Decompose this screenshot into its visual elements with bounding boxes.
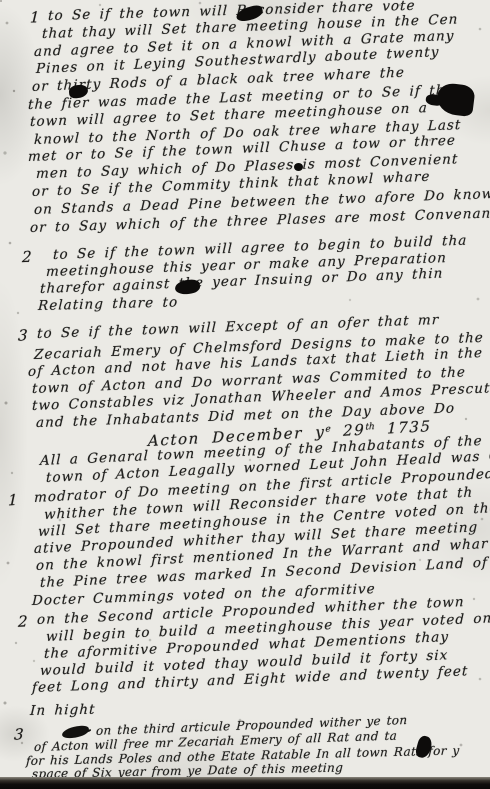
- article-number: 3: [14, 727, 24, 742]
- manuscript-page: 1to Se if the town will Reconsider thare…: [0, 0, 490, 789]
- date-superscript: th: [365, 422, 375, 433]
- article-number: 2: [18, 614, 29, 629]
- article-number: 2: [22, 250, 33, 265]
- article-number: 3: [18, 328, 29, 343]
- scribble-strikeout: [62, 724, 90, 739]
- article-number: 1: [8, 493, 19, 509]
- manuscript-line: Relating thare to: [38, 296, 179, 313]
- manuscript-line: In hight: [30, 704, 96, 719]
- line-text: Relating thare to: [38, 294, 179, 314]
- line-text: In hight: [30, 702, 96, 719]
- scan-edge-band: [0, 777, 490, 789]
- article-number: 1: [30, 10, 41, 25]
- ink-blot: [294, 163, 303, 171]
- ink-blot: [435, 82, 476, 117]
